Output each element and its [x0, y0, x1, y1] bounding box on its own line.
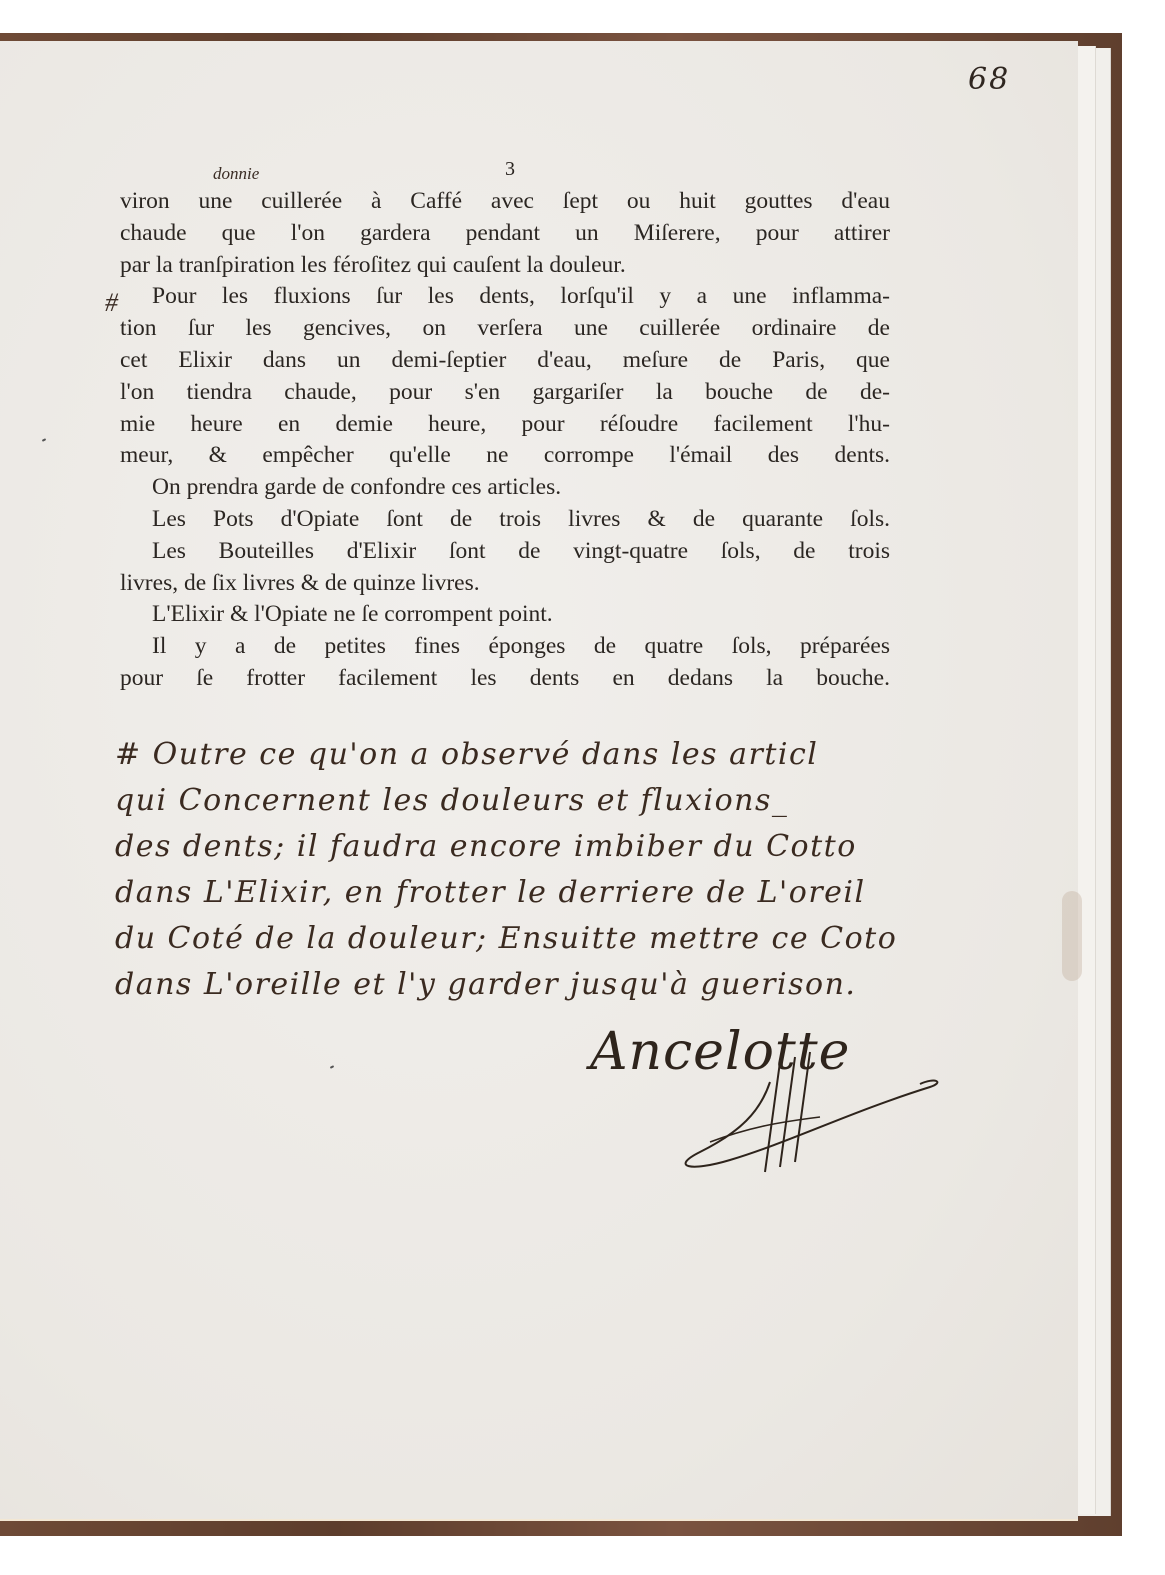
printed-line: livres, de ſix livres & de quinze livres… — [120, 568, 890, 600]
paper-speck — [42, 438, 46, 442]
manuscript-note: # Outre ce qu'on a observé dans les arti… — [115, 732, 1075, 1008]
manuscript-line: dans L'Elixir, en frotter le derriere de… — [115, 870, 1075, 916]
margin-mark: # — [105, 288, 118, 318]
printed-line: viron une cuillerée à Caffé avec ſept ou… — [120, 186, 890, 218]
signature-flourish-icon — [590, 1022, 950, 1182]
printed-line: Il y a de petites fines éponges de quatr… — [120, 631, 890, 663]
manuscript-line: du Coté de la douleur; Ensuitte mettre c… — [115, 916, 1075, 962]
printed-line: l'on tiendra chaude, pour s'en gargariſe… — [120, 377, 890, 409]
printed-text-block: viron une cuillerée à Caffé avec ſept ou… — [120, 186, 890, 695]
printed-line: tion ſur les gencives, on verſera une cu… — [120, 313, 890, 345]
signature: Ancelotte — [590, 1022, 950, 1182]
page-number: 3 — [505, 158, 515, 181]
printed-line: mie heure en demie heure, pour réſoudre … — [120, 409, 890, 441]
printed-line: L'Elixir & l'Opiate ne ſe corrompent poi… — [120, 599, 890, 631]
printed-line: Les Pots d'Opiate ſont de trois livres &… — [120, 504, 890, 536]
manuscript-line: des dents; il faudra encore imbiber du C… — [115, 824, 1075, 870]
printed-line: meur, & empêcher qu'elle ne corrompe l'é… — [120, 440, 890, 472]
manuscript-line: # Outre ce qu'on a observé dans les arti… — [115, 732, 1075, 778]
printed-line: pour ſe frotter facilement les dents en … — [120, 663, 890, 695]
printed-line: On prendra garde de confondre ces articl… — [120, 472, 890, 504]
printed-line: Pour les fluxions ſur les dents, lorſqu'… — [120, 281, 890, 313]
printed-line: par la tranſpiration les féroſitez qui c… — [120, 250, 890, 282]
folio-number: 68 — [968, 62, 1010, 97]
manuscript-line: dans L'oreille et l'y garder jusqu'à gue… — [115, 962, 1075, 1008]
interlinear-note: donnie — [213, 164, 259, 184]
printed-line: cet Elixir dans un demi-ſeptier d'eau, m… — [120, 345, 890, 377]
printed-line: chaude que l'on gardera pendant un Miſer… — [120, 218, 890, 250]
manuscript-line: qui Concernent les douleurs et fluxions_ — [115, 778, 1075, 824]
paper-speck — [330, 1065, 334, 1069]
printed-line: Les Bouteilles d'Elixir ſont de vingt-qu… — [120, 536, 890, 568]
